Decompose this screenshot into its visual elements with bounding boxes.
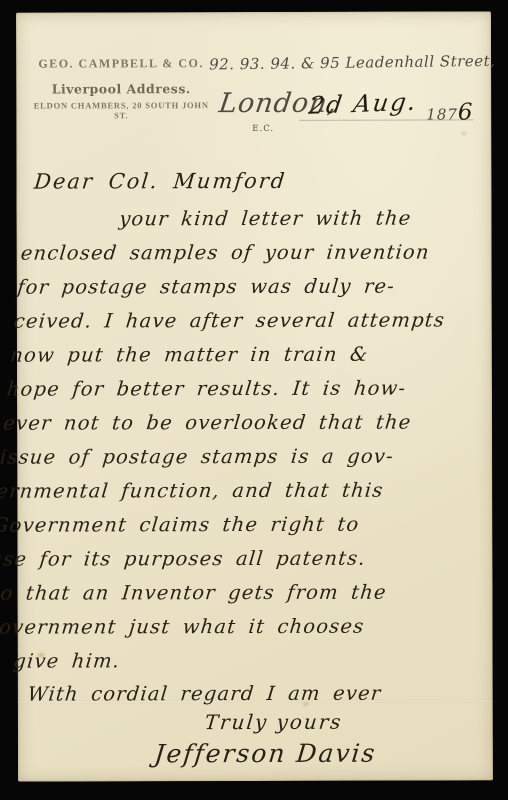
letter-line: Government claims the right to (0, 508, 445, 543)
handwritten-year-digit: 6 (458, 99, 473, 125)
company-name: GEO. CAMPBELL & CO. (26, 56, 216, 71)
letter-body: Dear Col. Mumford your kind letter with … (0, 159, 480, 772)
letter-line: ceived. I have after several attempts (12, 303, 465, 338)
letter-line: enclosed samples of your invention (19, 235, 472, 270)
letter-line: Government just what it chooses (0, 610, 434, 645)
liverpool-address-label: Liverpool Address. (26, 81, 216, 96)
london-street-address: 92. 93. 94. & 95 Leadenhall Street, (209, 52, 484, 74)
photo-background: GEO. CAMPBELL & CO. Liverpool Address. E… (0, 0, 508, 800)
liverpool-street-address: ELDON CHAMBERS, 20 SOUTH JOHN ST. (26, 100, 216, 120)
salutation: Dear Col. Mumford (32, 159, 480, 202)
valediction: Truly yours (203, 709, 424, 737)
letter-line: ernmental function, and that this (0, 473, 448, 508)
foxing-stain (461, 131, 466, 135)
handwritten-date: 2d Aug. (307, 88, 420, 120)
postal-district: E.C. (252, 124, 274, 134)
letter-line: hope for better results. It is how- (5, 371, 458, 406)
closing-line: With cordial regard I am ever (26, 678, 427, 710)
letter-line: your kind letter with the (118, 201, 476, 236)
letter-line: issue of postage stamps is a gov- (0, 439, 452, 474)
printed-year-prefix: 187 (426, 105, 458, 123)
signature: Jefferson Davis (153, 736, 422, 773)
letterhead-left-block: GEO. CAMPBELL & CO. Liverpool Address. E… (26, 56, 216, 120)
letter-paper: GEO. CAMPBELL & CO. Liverpool Address. E… (16, 11, 493, 781)
letter-line: to give him. (0, 644, 431, 679)
letter-line: for postage stamps was duly re- (16, 269, 469, 304)
letter-line: now put the matter in train & (9, 337, 462, 372)
year: 1876 (426, 99, 472, 125)
letter-line: So that an Inventor gets from the (0, 576, 438, 611)
letter-line: ever not to be overlooked that the (2, 405, 455, 440)
letter-line: use for its purposes all patents. (0, 542, 441, 577)
